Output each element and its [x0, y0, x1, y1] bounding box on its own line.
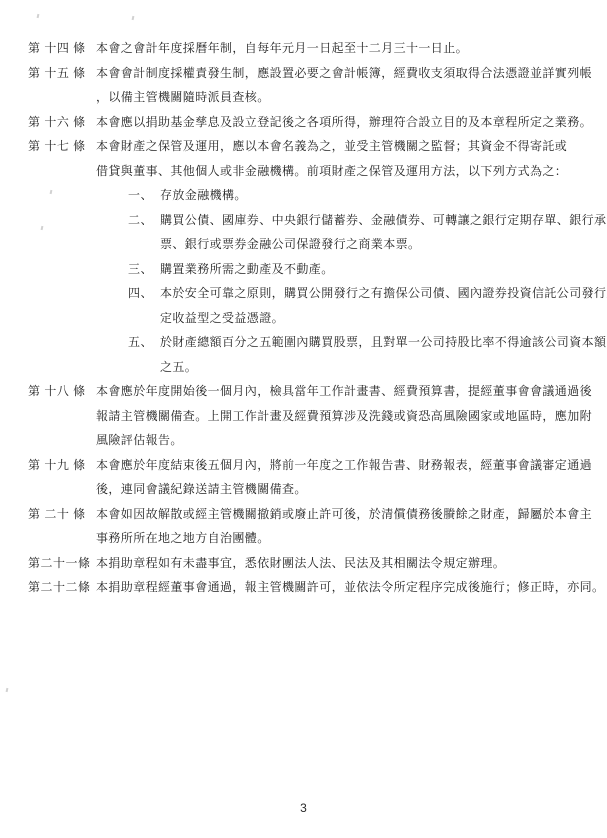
article-text: 後，連同會議紀錄送請主管機關備查。	[96, 477, 307, 502]
article-text: 本會應以捐助基金孳息及設立登記後之各項所得，辦理符合設立目的及本章程所定之業務。	[96, 110, 592, 135]
document-line: 定收益型之受益憑證。	[0, 306, 607, 331]
document-line: 之五。	[0, 355, 607, 380]
list-item-text: 本於安全可靠之原則，購買公開發行之有擔保公司債、國內證券投資信託公司發行之固	[160, 281, 607, 306]
article-text: 本會應於年度結束後五個月內，將前一年度之工作報告書、財務報表，經董事會議審定通過	[96, 453, 592, 478]
document-line: 第 二十 條本會如因故解散或經主管機關撤銷或廢止許可後，於清償債務後賸餘之財產，…	[0, 502, 607, 527]
article-text: ，以備主管機關隨時派員查核。	[96, 85, 270, 110]
article-text: 報請主管機關備查。上開工作計畫及經費預算涉及洗錢或資恐高風險國家或地區時，應加附	[96, 404, 592, 429]
article-text: 本捐助章程經董事會通過，報主管機關許可，並依法令所定程序完成後施行；修正時，亦同…	[96, 575, 604, 600]
document-page: 第 十四 條本會之會計年度採曆年制，自每年元月一日起至十二月三十一日止。第 十五…	[0, 0, 607, 838]
article-text: 風險評估報告。	[96, 428, 183, 453]
article-text: 本會應於年度開始後一個月內，檢具當年工作計畫書、經費預算書，提經董事會會議通過後	[96, 379, 592, 404]
article-number: 第 二十 條	[28, 502, 86, 527]
article-number: 第 十五 條	[28, 61, 86, 86]
document-line: 第 十六 條本會應以捐助基金孳息及設立登記後之各項所得，辦理符合設立目的及本章程…	[0, 110, 607, 135]
article-text: 本捐助章程如有未盡事宜，悉依財團法人法、民法及其相關法令規定辦理。	[96, 551, 505, 576]
article-number: 第二十二條	[28, 575, 91, 600]
article-number: 第二十一條	[28, 551, 91, 576]
document-line: 四、本於安全可靠之原則，購買公開發行之有擔保公司債、國內證券投資信託公司發行之固	[0, 281, 607, 306]
article-number: 第 十九 條	[28, 453, 86, 478]
article-text: 本會之會計年度採曆年制，自每年元月一日起至十二月三十一日止。	[96, 36, 468, 61]
articles-list: 第 十四 條本會之會計年度採曆年制，自每年元月一日起至十二月三十一日止。第 十五…	[0, 36, 607, 600]
document-line: 第 十五 條本會會計制度採權責發生制，應設置必要之會計帳簿，經費收支須取得合法憑…	[0, 61, 607, 86]
article-number: 第 十八 條	[28, 379, 86, 404]
list-item-text: 購買公債、國庫券、中央銀行儲蓄券、金融債券、可轉讓之銀行定期存單、銀行承兌匯	[160, 208, 607, 233]
page-number: 3	[0, 801, 607, 815]
list-item-number: 五、	[128, 330, 153, 355]
article-text: 事務所所在地之地方自治團體。	[96, 526, 270, 551]
list-item-text: 之五。	[160, 355, 197, 380]
article-text: 本會如因故解散或經主管機關撤銷或廢止許可後，於清償債務後賸餘之財產，歸屬於本會主	[96, 502, 592, 527]
document-line: 後，連同會議紀錄送請主管機關備查。	[0, 477, 607, 502]
list-item-number: 四、	[128, 281, 153, 306]
document-line: 票、銀行或票券金融公司保證發行之商業本票。	[0, 232, 607, 257]
list-item-text: 票、銀行或票券金融公司保證發行之商業本票。	[160, 232, 420, 257]
scan-speck	[6, 688, 9, 692]
document-line: 借貸與董事、其他個人或非金融機構。前項財產之保管及運用方法，以下列方式為之：	[0, 159, 607, 184]
document-line: 第二十二條本捐助章程經董事會通過，報主管機關許可，並依法令所定程序完成後施行；修…	[0, 575, 607, 600]
article-number: 第 十六 條	[28, 110, 86, 135]
list-item-number: 二、	[128, 208, 153, 233]
article-number: 第 十四 條	[28, 36, 86, 61]
article-text: 借貸與董事、其他個人或非金融機構。前項財產之保管及運用方法，以下列方式為之：	[96, 159, 567, 184]
document-line: 事務所所在地之地方自治團體。	[0, 526, 607, 551]
article-text: 本會會計制度採權責發生制，應設置必要之會計帳簿，經費收支須取得合法憑證並詳實列帳	[96, 61, 592, 86]
list-item-text: 存放金融機構。	[160, 183, 247, 208]
list-item-text: 購置業務所需之動產及不動產。	[160, 257, 334, 282]
document-line: 第 十四 條本會之會計年度採曆年制，自每年元月一日起至十二月三十一日止。	[0, 36, 607, 61]
article-text: 本會財產之保管及運用，應以本會名義為之，並受主管機關之監督；其資金不得寄託或	[96, 134, 567, 159]
list-item-text: 定收益型之受益憑證。	[160, 306, 284, 331]
article-number: 第 十七 條	[28, 134, 86, 159]
document-line: 報請主管機關備查。上開工作計畫及經費預算涉及洗錢或資恐高風險國家或地區時，應加附	[0, 404, 607, 429]
document-line: 第 十八 條本會應於年度開始後一個月內，檢具當年工作計畫書、經費預算書，提經董事…	[0, 379, 607, 404]
scan-speck	[132, 16, 135, 20]
document-line: 風險評估報告。	[0, 428, 607, 453]
list-item-number: 三、	[128, 257, 153, 282]
document-line: 第二十一條本捐助章程如有未盡事宜，悉依財團法人法、民法及其相關法令規定辦理。	[0, 551, 607, 576]
document-line: 第 十九 條本會應於年度結束後五個月內，將前一年度之工作報告書、財務報表，經董事…	[0, 453, 607, 478]
document-line: 五、於財產總額百分之五範圍內購買股票，且對單一公司持股比率不得逾該公司資本額百分	[0, 330, 607, 355]
list-item-text: 於財產總額百分之五範圍內購買股票，且對單一公司持股比率不得逾該公司資本額百分	[160, 330, 607, 355]
document-line: 三、購置業務所需之動產及不動產。	[0, 257, 607, 282]
scan-speck	[37, 14, 40, 18]
document-line: 二、購買公債、國庫券、中央銀行儲蓄券、金融債券、可轉讓之銀行定期存單、銀行承兌匯	[0, 208, 607, 233]
document-line: 一、存放金融機構。	[0, 183, 607, 208]
list-item-number: 一、	[128, 183, 153, 208]
document-line: 第 十七 條本會財產之保管及運用，應以本會名義為之，並受主管機關之監督；其資金不…	[0, 134, 607, 159]
document-line: ，以備主管機關隨時派員查核。	[0, 85, 607, 110]
